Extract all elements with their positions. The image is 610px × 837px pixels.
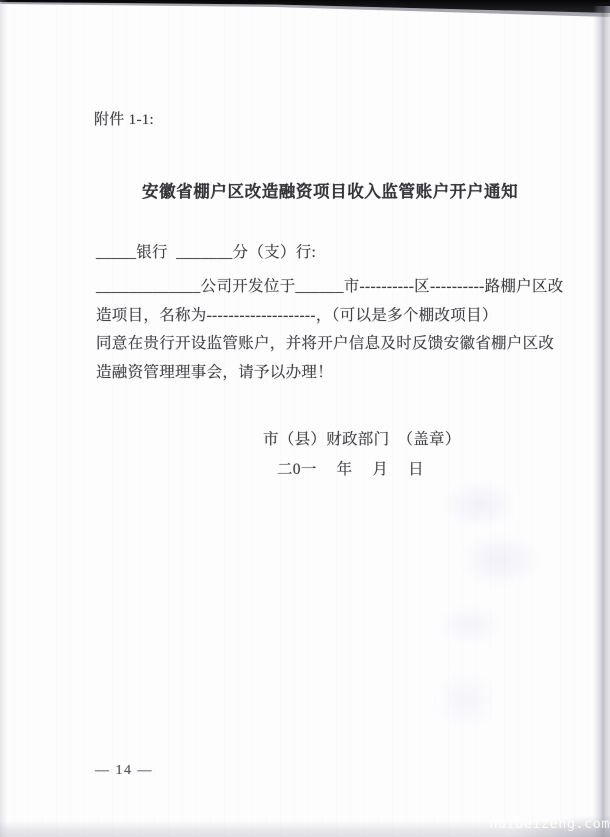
body-line-4: 造融资管理理事会，请予以办理！ — [96, 363, 333, 383]
body-line-1: _____________公司开发位于______市----------区---… — [96, 277, 564, 297]
body-line-3: 同意在贵行开设监管账户，并将开户信息及时反馈安徽省棚户区改 — [96, 334, 554, 354]
salutation-line: _____银行 _______分（支）行: — [96, 243, 316, 263]
signatory-line: 市（县）财政部门 （盖章） — [263, 430, 461, 450]
scan-edge-right — [593, 6, 610, 837]
scan-streaks-artifact — [0, 0, 610, 837]
scan-edge-left — [0, 0, 8, 837]
document-title: 安徽省棚户区改造融资项目收入监管账户开户通知 — [142, 182, 518, 202]
attachment-label: 附件 1-1: — [94, 110, 154, 130]
page-number: — 14 — — [95, 761, 153, 781]
body-line-2: 造项目，名称为--------------------，（可以是多个棚改项目） — [96, 306, 498, 326]
date-line: 二0一 年 月 日 — [277, 460, 424, 480]
ink-bleedthrough-artifact — [0, 0, 610, 837]
site-watermark: huibeizeng.com — [489, 816, 610, 832]
